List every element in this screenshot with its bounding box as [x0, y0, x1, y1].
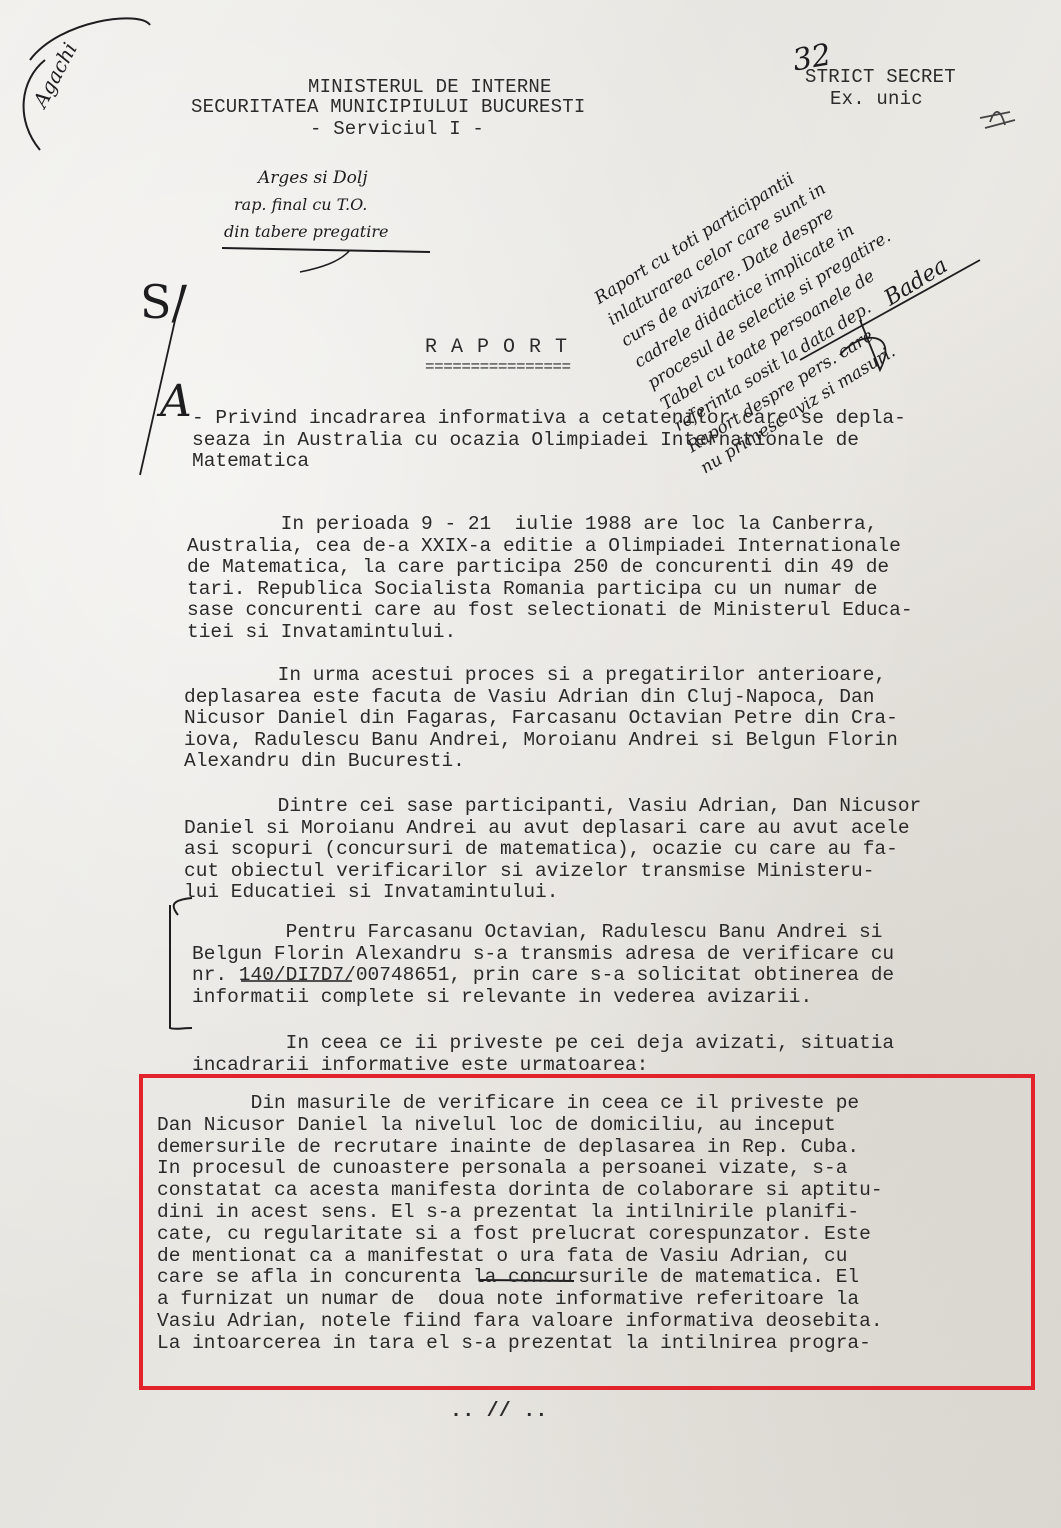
paragraph-line: In procesul de cunoastere personala a pe…: [157, 1158, 883, 1180]
paragraph-line: care se afla in concurenta la concursuri…: [157, 1267, 883, 1289]
copy-label: Ex. unic: [830, 88, 923, 110]
paragraph-line: de mentionat ca a manifestat o ura fata …: [157, 1246, 883, 1268]
handwritten-corner-note: Agachi: [28, 38, 82, 111]
paragraph-line: Dintre cei sase participanti, Vasiu Adri…: [184, 796, 921, 818]
paragraph-line: cate, cu regularitate si a fost prelucra…: [157, 1224, 883, 1246]
subject-line: seaza in Australia cu ocazia Olimpiadei …: [192, 430, 906, 452]
service-heading: - Serviciul I -: [310, 118, 484, 140]
paragraph-line: Belgun Florin Alexandru s-a transmis adr…: [192, 944, 894, 966]
paragraph-line: asi scopuri (concursuri de matematica), …: [184, 839, 921, 861]
ministry-heading: MINISTERUL DE INTERNE: [308, 76, 552, 98]
document-page: MINISTERUL DE INTERNE SECURITATEA MUNICI…: [0, 0, 1061, 1528]
paragraph-line: In perioada 9 - 21 iulie 1988 are loc la…: [187, 514, 913, 536]
paragraph-line: Vasiu Adrian, notele fiind fara valoare …: [157, 1311, 883, 1333]
paragraph-line: sase concurenti care au fost selectionat…: [187, 600, 913, 622]
paragraph-situation-intro: In ceea ce ii priveste pe cei deja aviza…: [192, 1033, 894, 1076]
paragraph-line: In ceea ce ii priveste pe cei deja aviza…: [192, 1033, 894, 1055]
paragraph-team-members: In urma acestui proces si a pregatirilor…: [184, 665, 898, 773]
paragraph-line: La intoarcerea in tara el s-a prezentat …: [157, 1333, 883, 1355]
paragraph-line: Dan Nicusor Daniel la nivelul loc de dom…: [157, 1115, 883, 1137]
paragraph-line: lui Educatiei si Invatamintului.: [184, 882, 921, 904]
paragraph-line: nr. 140/DI7D7/00748651, prin care s-a so…: [192, 965, 894, 987]
report-subject: - Privind incadrarea informativa a cetat…: [192, 408, 906, 473]
paragraph-highlighted-recruitment: Din masurile de verificare in ceea ce il…: [157, 1093, 883, 1355]
report-title: R A P O R T: [425, 336, 568, 359]
paragraph-line: constatat ca acesta manifesta dorinta de…: [157, 1180, 883, 1202]
handwritten-number-mark: 32: [790, 37, 834, 78]
paragraph-line: deplasarea este facuta de Vasiu Adrian d…: [184, 687, 898, 709]
handwritten-left-note-2: rap. final cu T.O.: [234, 195, 367, 214]
paragraph-previous-trips: Dintre cei sase participanti, Vasiu Adri…: [184, 796, 921, 904]
paragraph-line: informatii complete si relevante in vede…: [192, 987, 894, 1009]
paragraph-line: cut obiectul verificarilor si avizelor t…: [184, 861, 921, 883]
paragraph-line: incadrarii informative este urmatoarea:: [192, 1055, 894, 1077]
paragraph-line: iova, Radulescu Banu Andrei, Moroianu An…: [184, 730, 898, 752]
continuation-mark: .. // ..: [450, 1400, 548, 1423]
paragraph-line: tiei si Invatamintului.: [187, 622, 913, 644]
paragraph-line: Daniel si Moroianu Andrei au avut deplas…: [184, 818, 921, 840]
paragraph-line: Australia, cea de-a XXIX-a editie a Olim…: [187, 536, 913, 558]
paragraph-event-details: In perioada 9 - 21 iulie 1988 are loc la…: [187, 514, 913, 644]
paragraph-line: dini in acest sens. El s-a prezentat la …: [157, 1202, 883, 1224]
subject-line: - Privind incadrarea informativa a cetat…: [192, 408, 906, 430]
department-heading: SECURITATEA MUNICIPIULUI BUCURESTI: [191, 96, 585, 118]
handwritten-margin-mark-2: A: [160, 376, 192, 427]
handwritten-left-note-1: Arges si Dolj: [258, 168, 368, 188]
paragraph-line: demersurile de recrutare inainte de depl…: [157, 1137, 883, 1159]
paragraph-verification-request: Pentru Farcasanu Octavian, Radulescu Ban…: [192, 922, 894, 1008]
paragraph-line: a furnizat un numar de doua note informa…: [157, 1289, 883, 1311]
paragraph-line: In urma acestui proces si a pregatirilor…: [184, 665, 898, 687]
paragraph-line: de Matematica, la care participa 250 de …: [187, 557, 913, 579]
handwritten-margin-mark: S/: [140, 275, 187, 329]
paragraph-line: Pentru Farcasanu Octavian, Radulescu Ban…: [192, 922, 894, 944]
handwritten-left-note-3: din tabere pregatire: [224, 222, 388, 241]
subject-line: Matematica: [192, 451, 906, 473]
paragraph-line: Din masurile de verificare in ceea ce il…: [157, 1093, 883, 1115]
report-title-rule: ================: [425, 358, 571, 376]
paragraph-line: tari. Republica Socialista Romania parti…: [187, 579, 913, 601]
paragraph-line: Alexandru din Bucuresti.: [184, 751, 898, 773]
paragraph-line: Nicusor Daniel din Fagaras, Farcasanu Oc…: [184, 708, 898, 730]
